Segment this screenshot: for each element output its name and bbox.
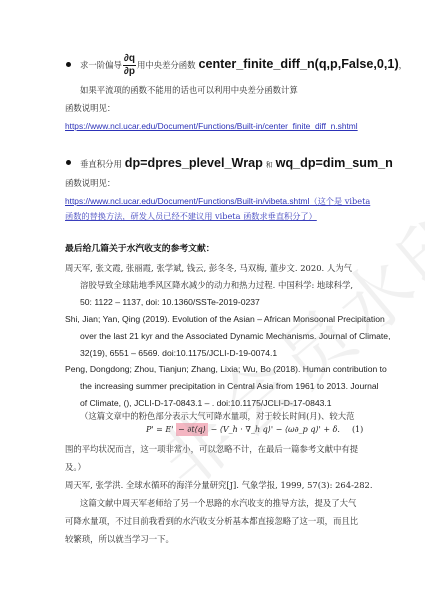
function-call-dpres: dp=dpres_plevel_Wrap: [125, 156, 263, 170]
watermark: 非会员水印: [132, 177, 425, 507]
see-label: 函数说明见：: [65, 177, 115, 189]
link-row: https://www.ncl.ucar.edu/Document/Functi…: [65, 195, 370, 208]
references-heading: 最后给几篇关于水汽收支的参考文献：: [65, 243, 215, 255]
comment-line-2: 围的平均状况而言，这一项非常小，可以忽略不计，在最后一篇参考文献中有提: [65, 443, 358, 455]
reference-2-line-2: over the last 21 kyr and the Associated …: [80, 330, 390, 342]
highlighted-term: − ∂t⟨q⟩: [176, 423, 208, 436]
vibeta-link-note-2[interactable]: 函数的替换方法，研发人员已经不建议用 vibeta 函数求垂直积分了）: [65, 211, 317, 221]
reference-3-line-1: Peng, Dongdong; Zhou, Tianjun; Zhang, Li…: [65, 363, 387, 375]
see-label: 函数说明见：: [65, 102, 115, 114]
equation: P' = E' − ∂t⟨q⟩ − ⟨V_h · ∇_h q⟩' − ⟨ω∂_p…: [146, 425, 363, 434]
last-comment-line-2: 可降水量项，不过目前我看到的水汽收支分析基本都直接忽略了这一项，而且比: [65, 515, 358, 527]
note-text: 如果平流项的函数不能用的话也可以利用中央差分函数计算: [80, 84, 298, 96]
link-row: https://www.ncl.ucar.edu/Document/Functi…: [65, 120, 358, 133]
bullet-line-partial-derivative: 求一阶偏导∂q∂p用中央差分函数 center_finite_diff_n(q,…: [80, 47, 407, 83]
bullet-middle: 用中央差分函数: [137, 60, 196, 70]
bullet-icon: [66, 160, 71, 165]
reference-2-line-3: 32(19), 6551 – 6569. doi:10.1175/JCLI-D-…: [80, 347, 277, 359]
reference-3-line-2: the increasing summer precipitation in C…: [80, 380, 379, 392]
vibeta-link[interactable]: https://www.ncl.ucar.edu/Document/Functi…: [65, 196, 309, 206]
function-call-dim-sum: wq_dp=dim_sum_n: [276, 156, 393, 170]
reference-4: 周天军, 张学洪. 全球水循环的海洋分量研究[J]. 气象学报, 1999, 5…: [65, 479, 373, 491]
link-row-2: 函数的替换方法，研发人员已经不建议用 vibeta 函数求垂直积分了）: [65, 210, 317, 223]
reference-1-line-3: 50: 1122 – 1137, doi: 10.1360/SSTe-2019-…: [80, 296, 260, 308]
reference-1-line-1: 周天军, 张文霞, 张丽霞, 张学斌, 钱云, 彭冬冬, 马双梅, 董步文. 2…: [65, 262, 352, 274]
vibeta-link-note[interactable]: （这个是 vibeta: [309, 196, 370, 206]
comment-line-3: 及。）: [65, 461, 86, 473]
reference-1-line-2: 溶胶导致全球陆地季风区降水减少的动力和热力过程. 中国科学: 地球科学,: [80, 279, 353, 291]
bullet-icon: [66, 62, 71, 67]
reference-2-line-1: Shi, Jian; Yan, Qing (2019). Evolution o…: [65, 313, 385, 325]
comment-line-1: （这篇文章中的粉色部分表示大气可降水量项，对于较长时间(月)、较大范: [80, 410, 355, 422]
bullet-line-vertical-integral: 垂直积分用 dp=dpres_plevel_Wrap 和 wq_dp=dim_s…: [80, 155, 393, 173]
bullet-prefix: 求一阶偏导: [80, 60, 122, 70]
last-comment-line-3: 较繁琐，所以就当学习一下。: [65, 533, 174, 545]
function-call-center-finite-diff: center_finite_diff_n(q,p,False,0,1): [198, 57, 398, 71]
equation-number: (1): [352, 425, 363, 434]
reference-3-line-3: of Climate, (), JCLI-D-17-0843.1 – . doi…: [80, 397, 332, 409]
partial-derivative-fraction: ∂q∂p: [123, 54, 136, 77]
last-comment-line-1: 这篇文献中周天军老师给了另一个思路的水汽收支的推导方法，提及了大气: [80, 497, 356, 509]
center-finite-diff-link[interactable]: https://www.ncl.ucar.edu/Document/Functi…: [65, 121, 358, 131]
document-page: 求一阶偏导∂q∂p用中央差分函数 center_finite_diff_n(q,…: [0, 0, 425, 600]
